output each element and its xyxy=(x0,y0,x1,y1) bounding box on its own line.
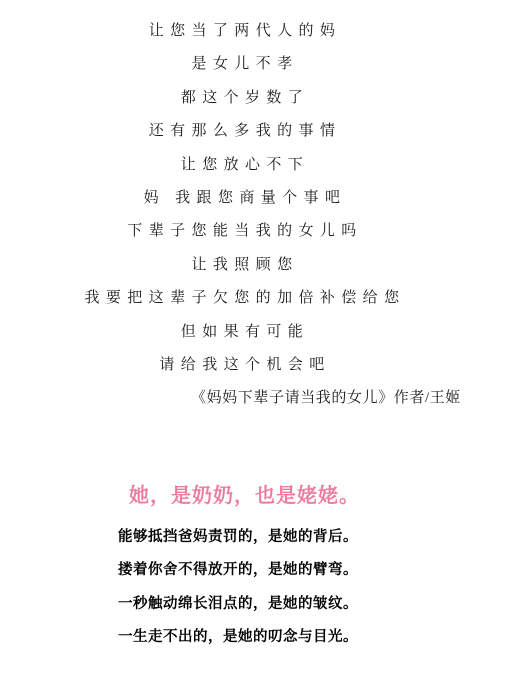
poem-section: 让您当了两代人的妈 是女儿不孝 都这个岁数了 还有那么多我的事情 让您放心不下 … xyxy=(0,0,526,416)
statement-line: 一秒触动绵长泪点的，是她的皱纹。 xyxy=(118,588,526,621)
section-heading: 她，是奶奶，也是姥姥。 xyxy=(129,480,526,513)
article-page: 让您当了两代人的妈 是女儿不孝 都这个岁数了 还有那么多我的事情 让您放心不下 … xyxy=(0,0,526,678)
poem-attribution: 《妈妈下辈子请当我的女儿》作者/王姬 xyxy=(0,382,526,415)
statement-line: 搂着你舍不得放开的，是她的臂弯。 xyxy=(118,554,526,587)
poem-line: 让您当了两代人的妈 xyxy=(0,15,526,48)
poem-line: 但如果有可能 xyxy=(0,316,526,349)
poem-line: 还有那么多我的事情 xyxy=(0,115,526,148)
statement-line: 能够抵挡爸妈责罚的，是她的背后。 xyxy=(118,521,526,554)
poem-line: 让我照顾您 xyxy=(0,249,526,282)
poem-line: 让您放心不下 xyxy=(0,149,526,182)
poem-line: 妈 我跟您商量个事吧 xyxy=(0,182,526,215)
commentary-section: 她，是奶奶，也是姥姥。 能够抵挡爸妈责罚的，是她的背后。 搂着你舍不得放开的，是… xyxy=(0,480,526,655)
poem-line: 我要把这辈子欠您的加倍补偿给您 xyxy=(0,282,526,315)
poem-line: 请给我这个机会吧 xyxy=(0,349,526,382)
statement-line: 一生走不出的，是她的叨念与目光。 xyxy=(118,621,526,654)
poem-line: 是女儿不孝 xyxy=(0,48,526,81)
poem-line: 都这个岁数了 xyxy=(0,82,526,115)
poem-line: 下辈子您能当我的女儿吗 xyxy=(0,215,526,248)
statement-list: 能够抵挡爸妈责罚的，是她的背后。 搂着你舍不得放开的，是她的臂弯。 一秒触动绵长… xyxy=(0,521,526,655)
